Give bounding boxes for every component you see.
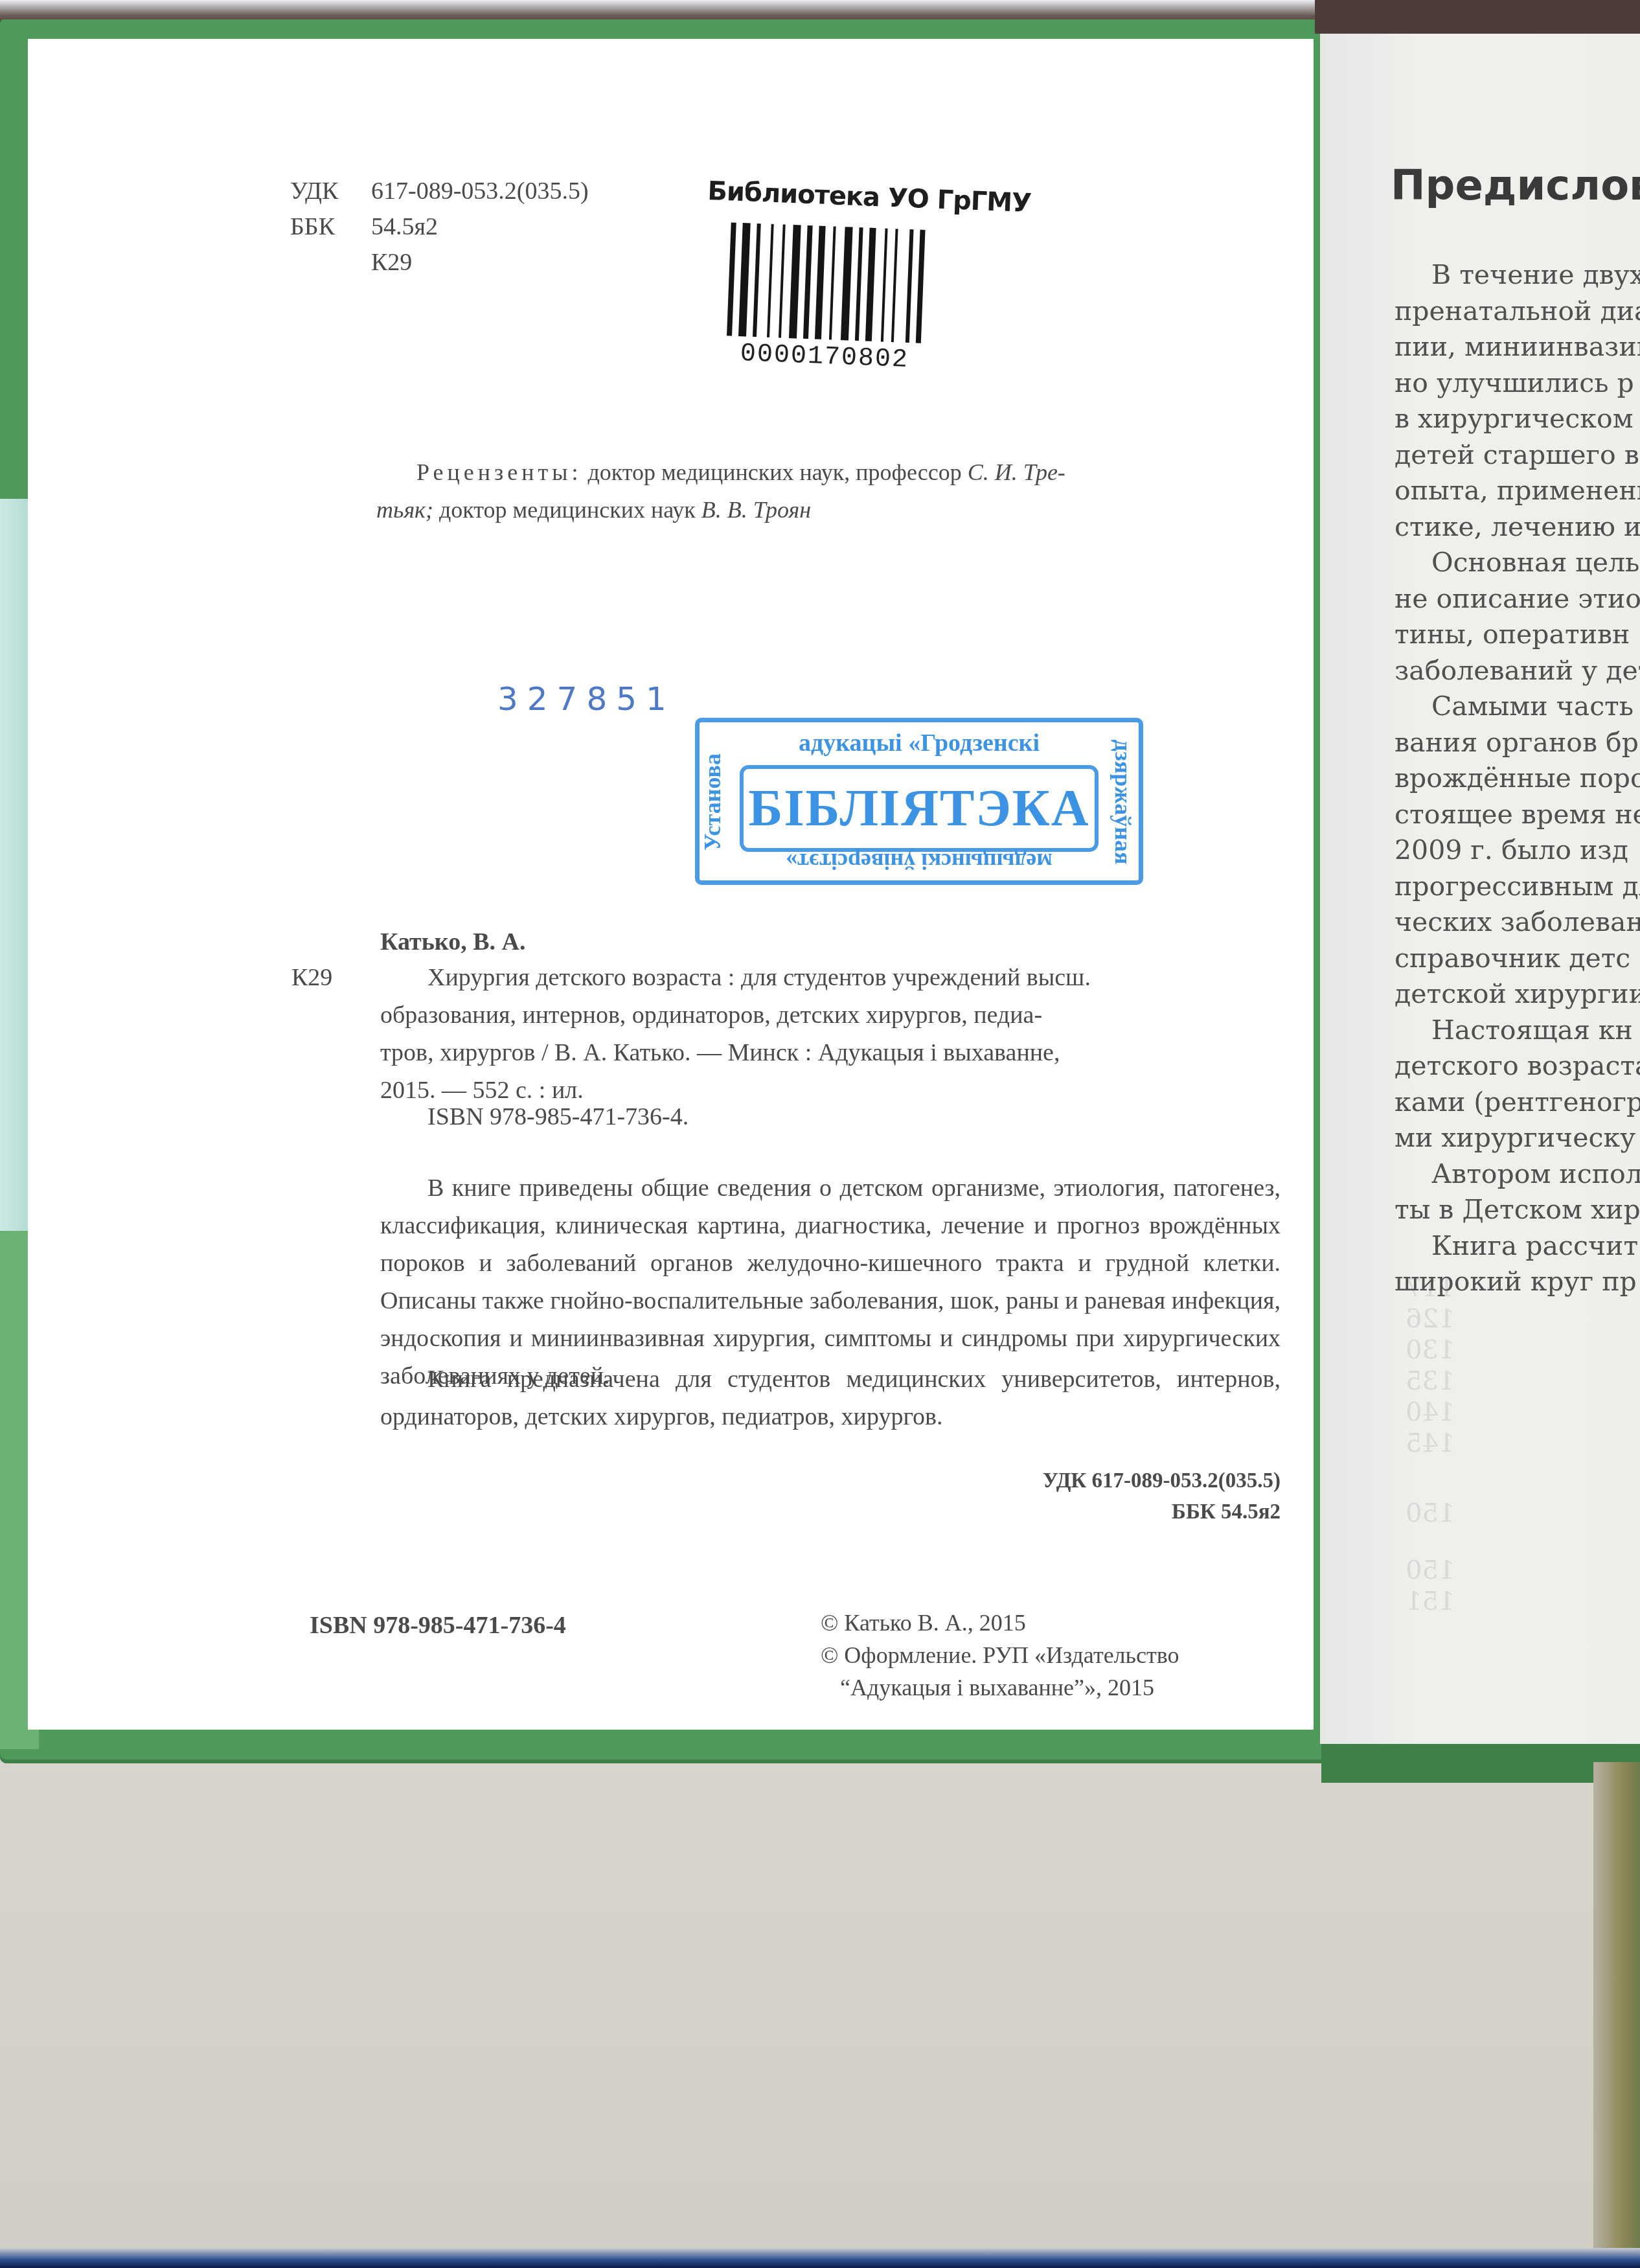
record-isbn: ISBN 978-985-471-736-4. [427,1098,689,1136]
show-through-number: 151 [1406,1586,1455,1616]
preface-line: заболеваний у дет [1395,655,1640,686]
preface-line: Книга рассчит [1431,1230,1638,1261]
stamp-left-text: Установа [699,737,726,867]
record-line: тров, хирургов / В. А. Катько. — Минск :… [380,1034,1060,1071]
reviewers-block: Рецензенты: доктор медицинских наук, про… [416,453,1065,529]
reviewer-1-credentials: доктор медицинских наук, профессор [582,459,967,485]
scanner-edge-right [1315,0,1640,34]
copyright-design: © Оформление. РУП «Издательство [821,1639,1179,1671]
stamp-top-text: адукацыі «Гродзенскі [700,729,1139,757]
udk-label: УДК [290,174,371,209]
stamp-right-text: дзяржаўная [1110,724,1137,880]
reviewer-1-name: С. И. Тре- [968,459,1065,485]
preface-line: не описание этио [1395,583,1640,614]
preface-line: Автором испол [1431,1158,1640,1189]
preface-line: ты в Детском хир [1395,1194,1640,1225]
classification-repeat: УДК 617-089-053.2(035.5) ББК 54.5я2 [907,1465,1281,1528]
isbn-footer: ISBN 978-985-471-736-4 [310,1611,566,1640]
preface-line: стике, лечению и [1395,511,1640,542]
classification-block: УДК617-089-053.2(035.5) ББК54.5я2 К29 [290,174,589,281]
udk-repeat: УДК 617-089-053.2(035.5) [907,1465,1281,1496]
copyright-author: © Катько В. А., 2015 [821,1607,1179,1639]
udk-row: УДК617-089-053.2(035.5) [290,174,589,209]
preface-line: Самыми часть [1431,691,1634,722]
library-name: Библиотека УО ГрГМУ [707,176,1032,218]
annotation-paragraph-2: Книга предназначена для студентов медици… [380,1360,1281,1436]
show-through-number: 130 [1406,1335,1455,1365]
preface-line: ми хирургическу [1395,1122,1635,1153]
preface-line: 2009 г. было изд [1395,834,1628,865]
preface-line: детского возраста [1395,1050,1640,1081]
record-mark: К29 [291,959,332,996]
author-mark-row: К29 [290,245,589,281]
record-line: образования, интернов, ординаторов, детс… [380,996,1042,1034]
library-barcode-sticker: Библиотека УО ГрГМУ 0000170802 [701,150,1071,378]
preface-title: Предисловие [1391,162,1640,210]
show-through-number: 145 [1406,1428,1455,1458]
preface-line: В течение двух [1431,259,1640,290]
show-through-number: 150 [1406,1498,1455,1528]
preface-line: пренатальной диа [1395,295,1640,326]
stamp-bottom-text: медыцынскі ўніверсітэт» [700,848,1139,875]
inventory-number: 327851 [497,680,676,718]
preface-line: вания органов бр [1395,727,1639,758]
bbk-repeat: ББК 54.5я2 [907,1496,1281,1528]
preface-line: ческих заболеван [1395,906,1640,937]
reviewer-2-name: В. В. Троян [701,497,811,523]
back-cover-edge [1321,1744,1640,1783]
preface-line: детей старшего во [1395,439,1640,470]
show-through-number: 150 [1406,1555,1455,1585]
bbk-row: ББК54.5я2 [290,209,589,245]
barcode-icon [727,222,944,344]
preface-line: врождённые поро [1395,762,1640,794]
preface-line: пии, миниинвазив [1395,331,1640,362]
bbk-label: ББК [290,209,371,245]
copyright-publisher: “Адукацыя і выхаванне”», 2015 [821,1671,1179,1704]
preface-line: Основная цель [1431,547,1639,578]
udk-value: 617-089-053.2(035.5) [371,178,589,205]
show-through-number: 126 [1406,1304,1455,1334]
preface-line: ками (рентгеногра [1395,1086,1640,1117]
book-spine [1593,1762,1640,2254]
show-through-number: 140 [1406,1397,1455,1427]
preface-line: справочник детс [1395,943,1630,974]
show-through-number: 135 [1406,1366,1455,1396]
preface-line: но улучшились р [1395,367,1634,398]
reviewers-label: Рецензенты: [416,459,582,485]
copyright-block: © Катько В. А., 2015 © Оформление. РУП «… [821,1607,1179,1704]
preface-line: тины, оперативн [1395,619,1630,650]
preface-line: в хирургическом [1395,403,1634,434]
preface-line: прогрессивным дл [1395,871,1640,902]
reviewer-2-credentials: доктор медицинских наук [433,497,701,523]
reviewer-1-name-cont: тьяк; [376,497,433,523]
bbk-value: 54.5я2 [371,213,438,240]
record-line: Хирургия детского возраста : для студент… [427,959,1091,996]
preface-line: широкий круг пр [1395,1266,1637,1297]
scanner-bottom-edge [0,2248,1640,2268]
preface-line: стоящее время не [1395,799,1640,830]
preface-line: детской хирургии [1395,978,1640,1009]
preface-line: Настоящая кн [1431,1014,1633,1046]
library-stamp: адукацыі «Гродзенскі БІБЛІЯТЭКА медыцынс… [695,718,1143,885]
author-mark: К29 [371,249,412,276]
record-author: Катько, В. А. [380,923,526,961]
preface-line: опыта, применени [1395,475,1640,506]
stamp-center-text: БІБЛІЯТЭКА [740,765,1099,852]
